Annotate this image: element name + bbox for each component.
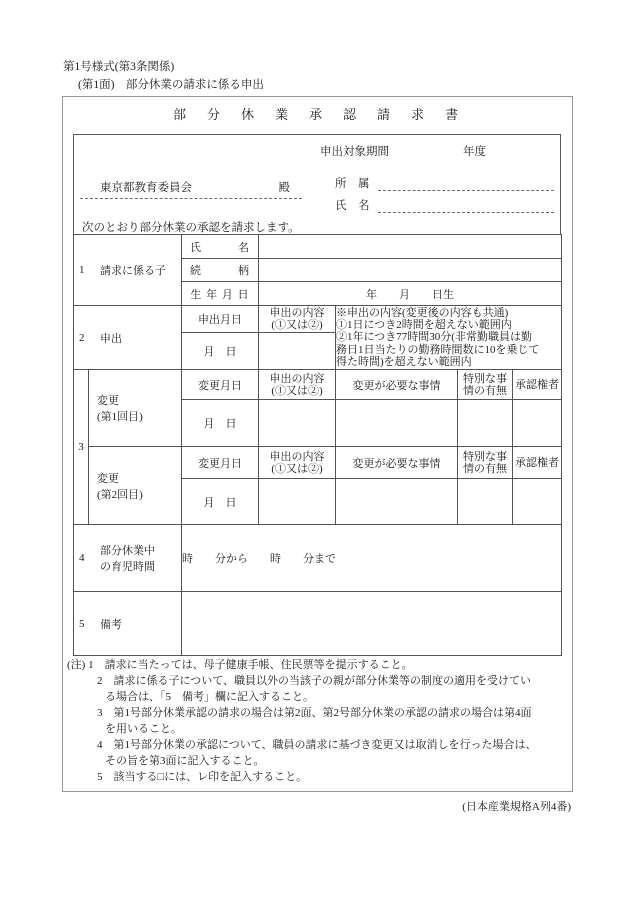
request-content-note: ※申出の内容(変更後の内容も共通) ①1日につき2時間を超えない範囲内 ②1年に… — [336, 306, 562, 370]
footnote-line: (注) 1 請求に当たっては、母子健康手帳、住民票等を提示すること。 — [64, 657, 566, 673]
applicant-name-input-line[interactable] — [378, 197, 555, 213]
request-content-label: 申出の内容 (①又は②) — [259, 306, 336, 333]
change2-content-input-cell[interactable] — [259, 479, 336, 525]
table-row: 1請求に係る子 氏 名 — [74, 235, 562, 259]
section1-label-cell: 1請求に係る子 — [74, 235, 182, 306]
remarks-input-cell[interactable] — [182, 592, 562, 656]
section2-label: 申出 — [100, 330, 122, 346]
request-date-label: 申出月日 — [182, 306, 259, 333]
footnote-line: 5 該当する□には、レ印を記入すること。 — [64, 769, 566, 785]
affiliation-label: 所 属 — [335, 175, 370, 191]
change1-approver-input-cell[interactable] — [513, 400, 562, 447]
footnote-line: 4 第1号部分休業の承認について、職員の請求に基づき変更又は取消しを行った場合は… — [64, 737, 566, 753]
applicant-name-label: 氏 名 — [335, 197, 370, 213]
footnote-line: 2 請求に係る子について、職員以外の当該子の親が部分休業等の制度の適用を受けてい — [64, 673, 566, 689]
change1-label-cell: 変更 (第1回目) — [89, 370, 182, 447]
relation-label: 続 柄 — [182, 259, 259, 282]
change2-reason-label: 変更が必要な事情 — [336, 447, 458, 479]
section2-number: 2 — [79, 332, 100, 344]
change2-approver-input-cell[interactable] — [513, 479, 562, 525]
jis-paper-note: (日本産業規格A列4番) — [0, 798, 571, 814]
fiscal-year-label: 年度 — [463, 146, 486, 158]
table-row: 2申出 申出月日 申出の内容 (①又は②) ※申出の内容(変更後の内容も共通) … — [74, 306, 562, 333]
change2-reason-input-cell[interactable] — [336, 479, 458, 525]
change1-reason-input-cell[interactable] — [336, 400, 458, 447]
change2-content-label: 申出の内容 (①又は②) — [259, 447, 336, 479]
table-row: 5備考 — [74, 592, 562, 656]
relation-input-cell[interactable] — [259, 259, 562, 282]
form-style-number: 第1号様式(第3条関係) — [63, 58, 174, 74]
addressee-line: 東京都教育委員会 殿 — [80, 179, 302, 199]
affiliation-row: 所 属 — [335, 175, 554, 191]
target-period-label: 申出対象期間 — [320, 146, 389, 158]
change1-content-label: 申出の内容 (①又は②) — [259, 370, 336, 400]
change1-content-input-cell[interactable] — [259, 400, 336, 447]
change1-special-label: 特別な事 情の有無 — [458, 370, 513, 400]
addressee-honorific: 殿 — [279, 179, 291, 195]
section4-label-cell: 4部分休業中 の育児時間 — [74, 525, 182, 592]
change1-approver-label: 承認権者 — [513, 370, 562, 400]
addressee-name: 東京都教育委員会 — [100, 179, 192, 195]
table-row: 変更 (第2回目) 変更月日 申出の内容 (①又は②) 変更が必要な事情 特別な… — [74, 447, 562, 479]
section4-number: 4 — [79, 552, 100, 564]
table-row: 4部分休業中 の育児時間 時 分から 時 分まで — [74, 525, 562, 592]
footnote-line: る場合は、「5 備考」欄に記入すること。 — [64, 689, 566, 705]
child-name-label: 氏 名 — [182, 235, 259, 259]
request-table: 1請求に係る子 氏 名 続 柄 生 年 月 日 年 月 日生 2申出 — [73, 234, 562, 656]
target-period-row: 申出対象期間年度 — [320, 143, 486, 159]
declaration-text: 次のとおり部分休業の承認を請求します。 — [82, 219, 300, 235]
form-border-box: 部 分 休 業 承 認 請 求 書 申出対象期間年度 東京都教育委員会 殿 所 … — [62, 96, 573, 792]
page-title: 部 分 休 業 承 認 請 求 書 — [63, 104, 572, 123]
section5-label: 備考 — [100, 616, 122, 632]
change2-date-label: 変更月日 — [182, 447, 259, 479]
change1-date-label: 変更月日 — [182, 370, 259, 400]
section2-label-cell: 2申出 — [74, 306, 182, 370]
change2-special-input-cell[interactable] — [458, 479, 513, 525]
change1-reason-label: 変更が必要な事情 — [336, 370, 458, 400]
footnote-line: その旨を第3面に記入すること。 — [64, 753, 566, 769]
footnote-line: を用いること。 — [64, 721, 566, 737]
request-content-input-cell[interactable] — [259, 333, 336, 370]
face-label: (第1面) 部分休業の請求に係る申出 — [78, 76, 264, 92]
birthdate-label: 生 年 月 日 — [182, 282, 259, 306]
table-row: 3 変更 (第1回目) 変更月日 申出の内容 (①又は②) 変更が必要な事情 特… — [74, 370, 562, 400]
section4-label: 部分休業中 の育児時間 — [100, 542, 155, 574]
section3-number: 3 — [74, 370, 89, 525]
change1-special-input-cell[interactable] — [458, 400, 513, 447]
birthdate-input-cell[interactable]: 年 月 日生 — [259, 282, 562, 306]
change2-approver-label: 承認権者 — [513, 447, 562, 479]
change2-label-cell: 変更 (第2回目) — [89, 447, 182, 525]
header-box: 申出対象期間年度 東京都教育委員会 殿 所 属 氏 名 次のとおり部分休業の承認… — [73, 134, 561, 234]
change1-date-input-cell[interactable]: 月 日 — [182, 400, 259, 447]
section1-number: 1 — [79, 264, 100, 276]
footnote-line: 3 第1号部分休業承認の請求の場合は第2面、第2号部分休業の承認の請求の場合は第… — [64, 705, 566, 721]
applicant-name-row: 氏 名 — [335, 197, 554, 213]
affiliation-input-line[interactable] — [378, 175, 555, 191]
section1-label: 請求に係る子 — [100, 262, 166, 278]
childcare-time-input-cell[interactable]: 時 分から 時 分まで — [182, 525, 562, 592]
child-name-input-cell[interactable] — [259, 235, 562, 259]
request-date-input-cell[interactable]: 月 日 — [182, 333, 259, 370]
change2-date-input-cell[interactable]: 月 日 — [182, 479, 259, 525]
section5-number: 5 — [79, 618, 100, 630]
section5-label-cell: 5備考 — [74, 592, 182, 656]
form-sheet: 第1号様式(第3条関係) (第1面) 部分休業の請求に係る申出 部 分 休 業 … — [0, 0, 630, 903]
change1-label: 変更 (第1回目) — [89, 392, 181, 424]
footnotes: (注) 1 請求に当たっては、母子健康手帳、住民票等を提示すること。 2 請求に… — [64, 657, 566, 785]
change2-special-label: 特別な事 情の有無 — [458, 447, 513, 479]
change2-label: 変更 (第2回目) — [89, 470, 181, 502]
